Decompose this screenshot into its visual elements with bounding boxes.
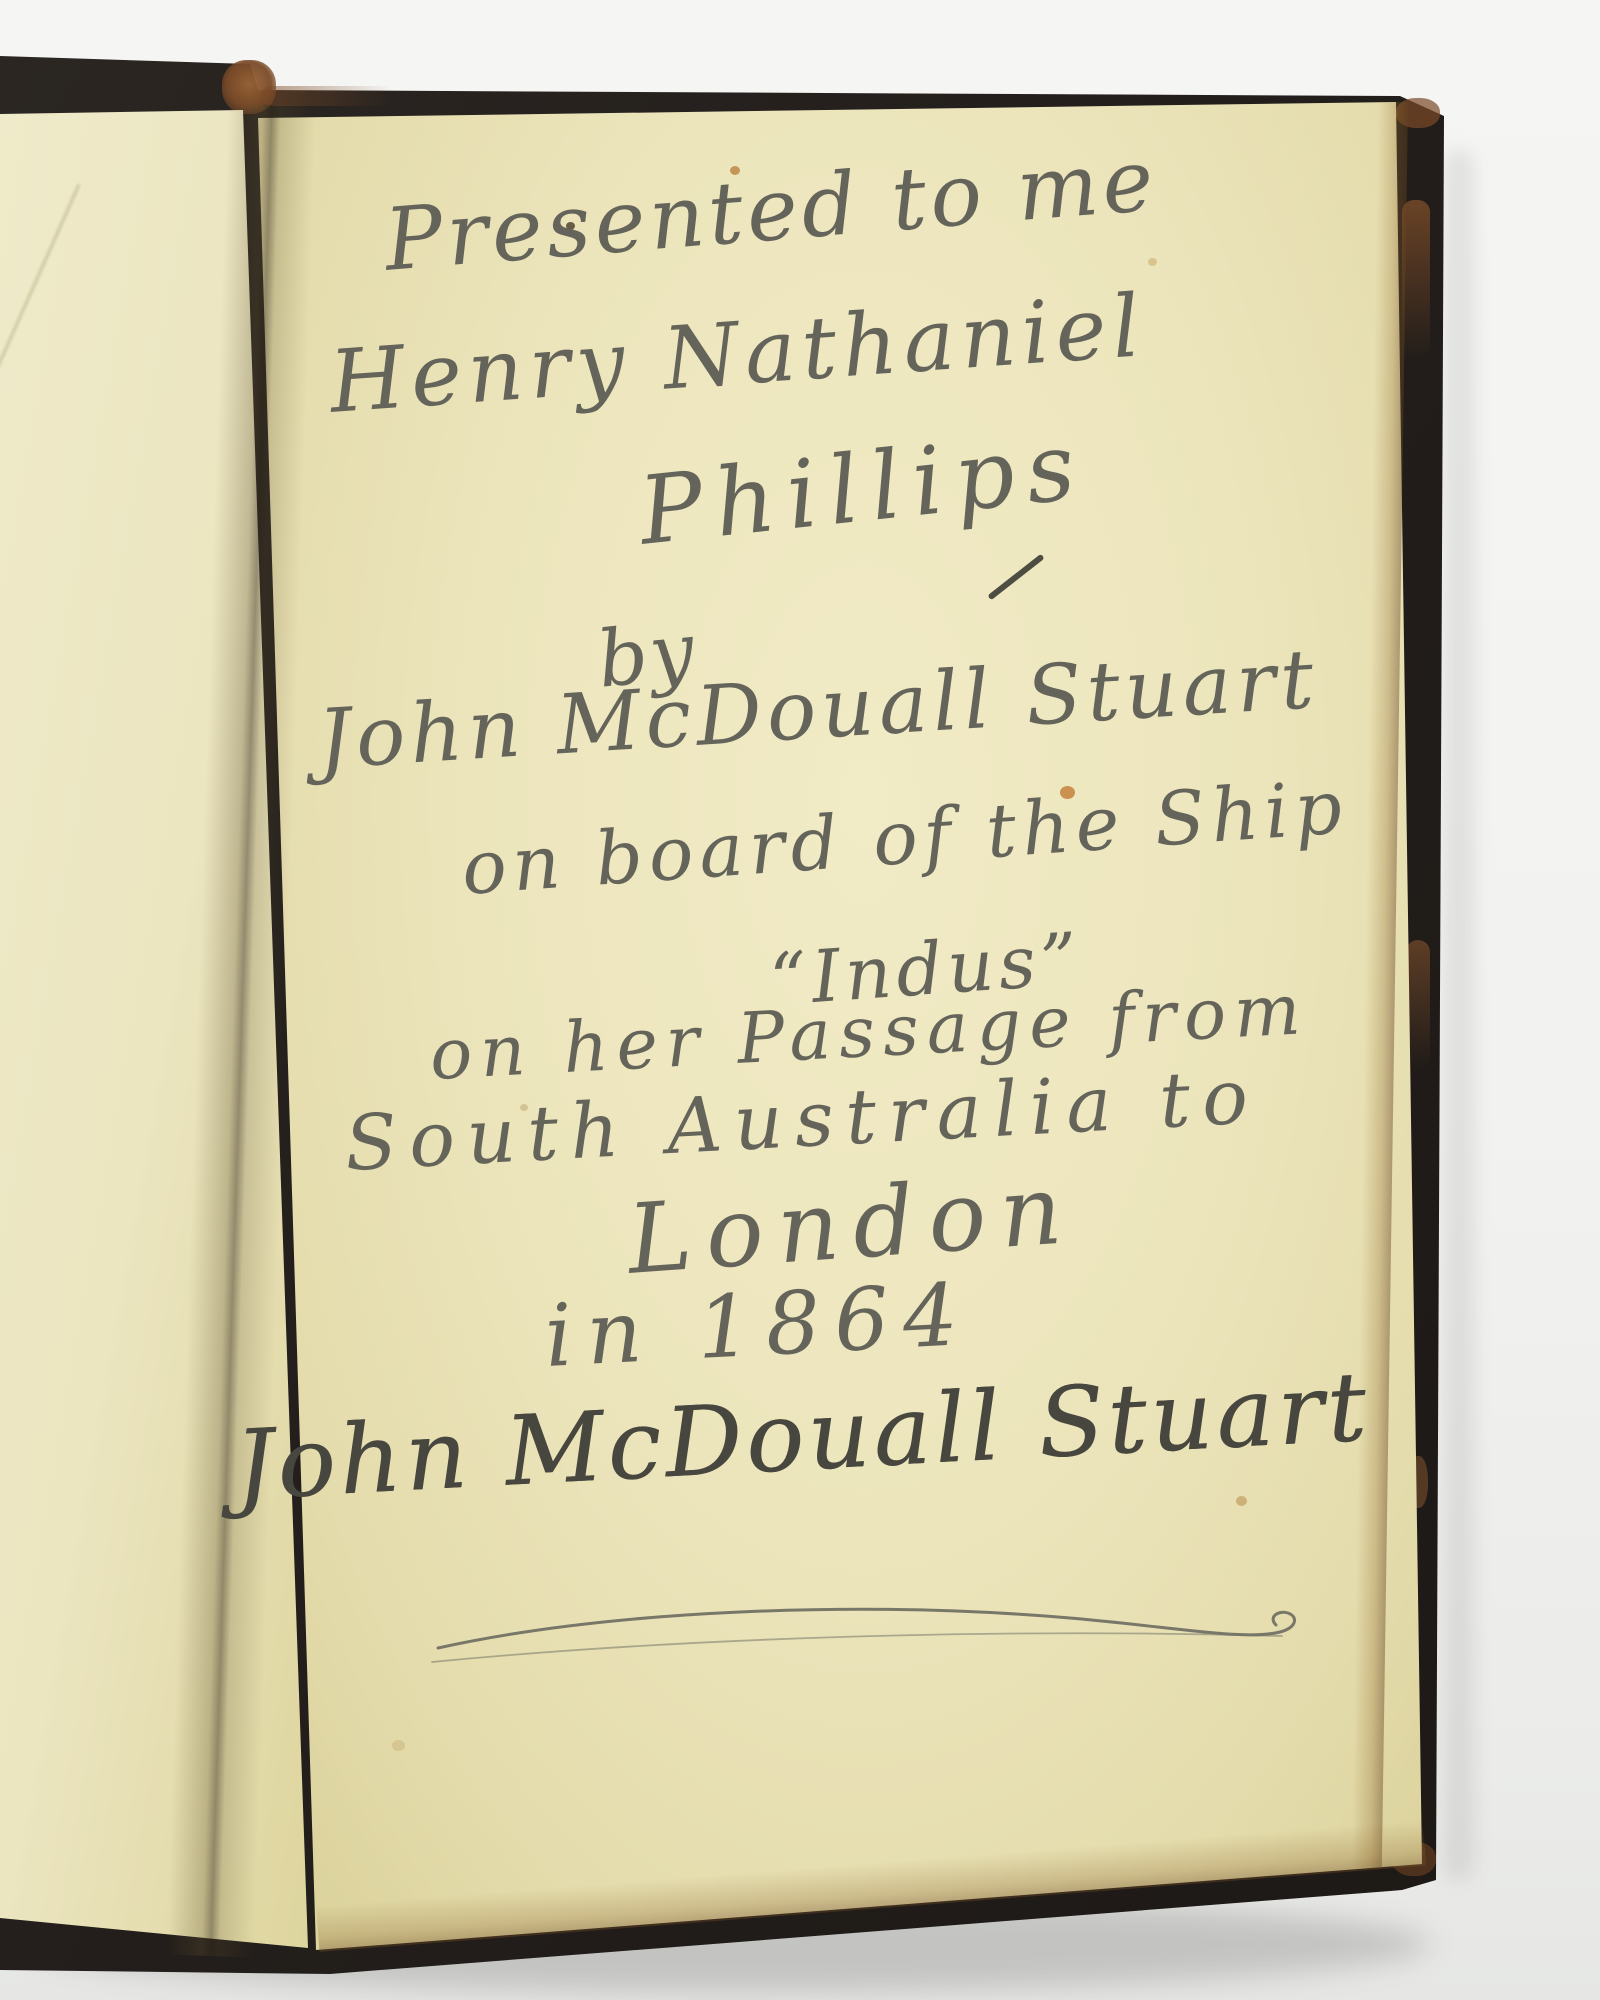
foxing-spot xyxy=(1236,1496,1247,1506)
inscription-line-in-1864: in 1864 xyxy=(543,1272,974,1380)
cover-worn-top-edge xyxy=(262,86,392,106)
book-shadow-right xyxy=(1444,150,1474,1880)
foxing-spot xyxy=(1148,258,1157,266)
foxing-spot xyxy=(392,1740,405,1751)
photo-canvas: Presented to me Henry Nathaniel Phillips… xyxy=(0,0,1600,2000)
inscription-line-london: London xyxy=(625,1161,1079,1288)
signature-flourish xyxy=(430,1586,1310,1676)
